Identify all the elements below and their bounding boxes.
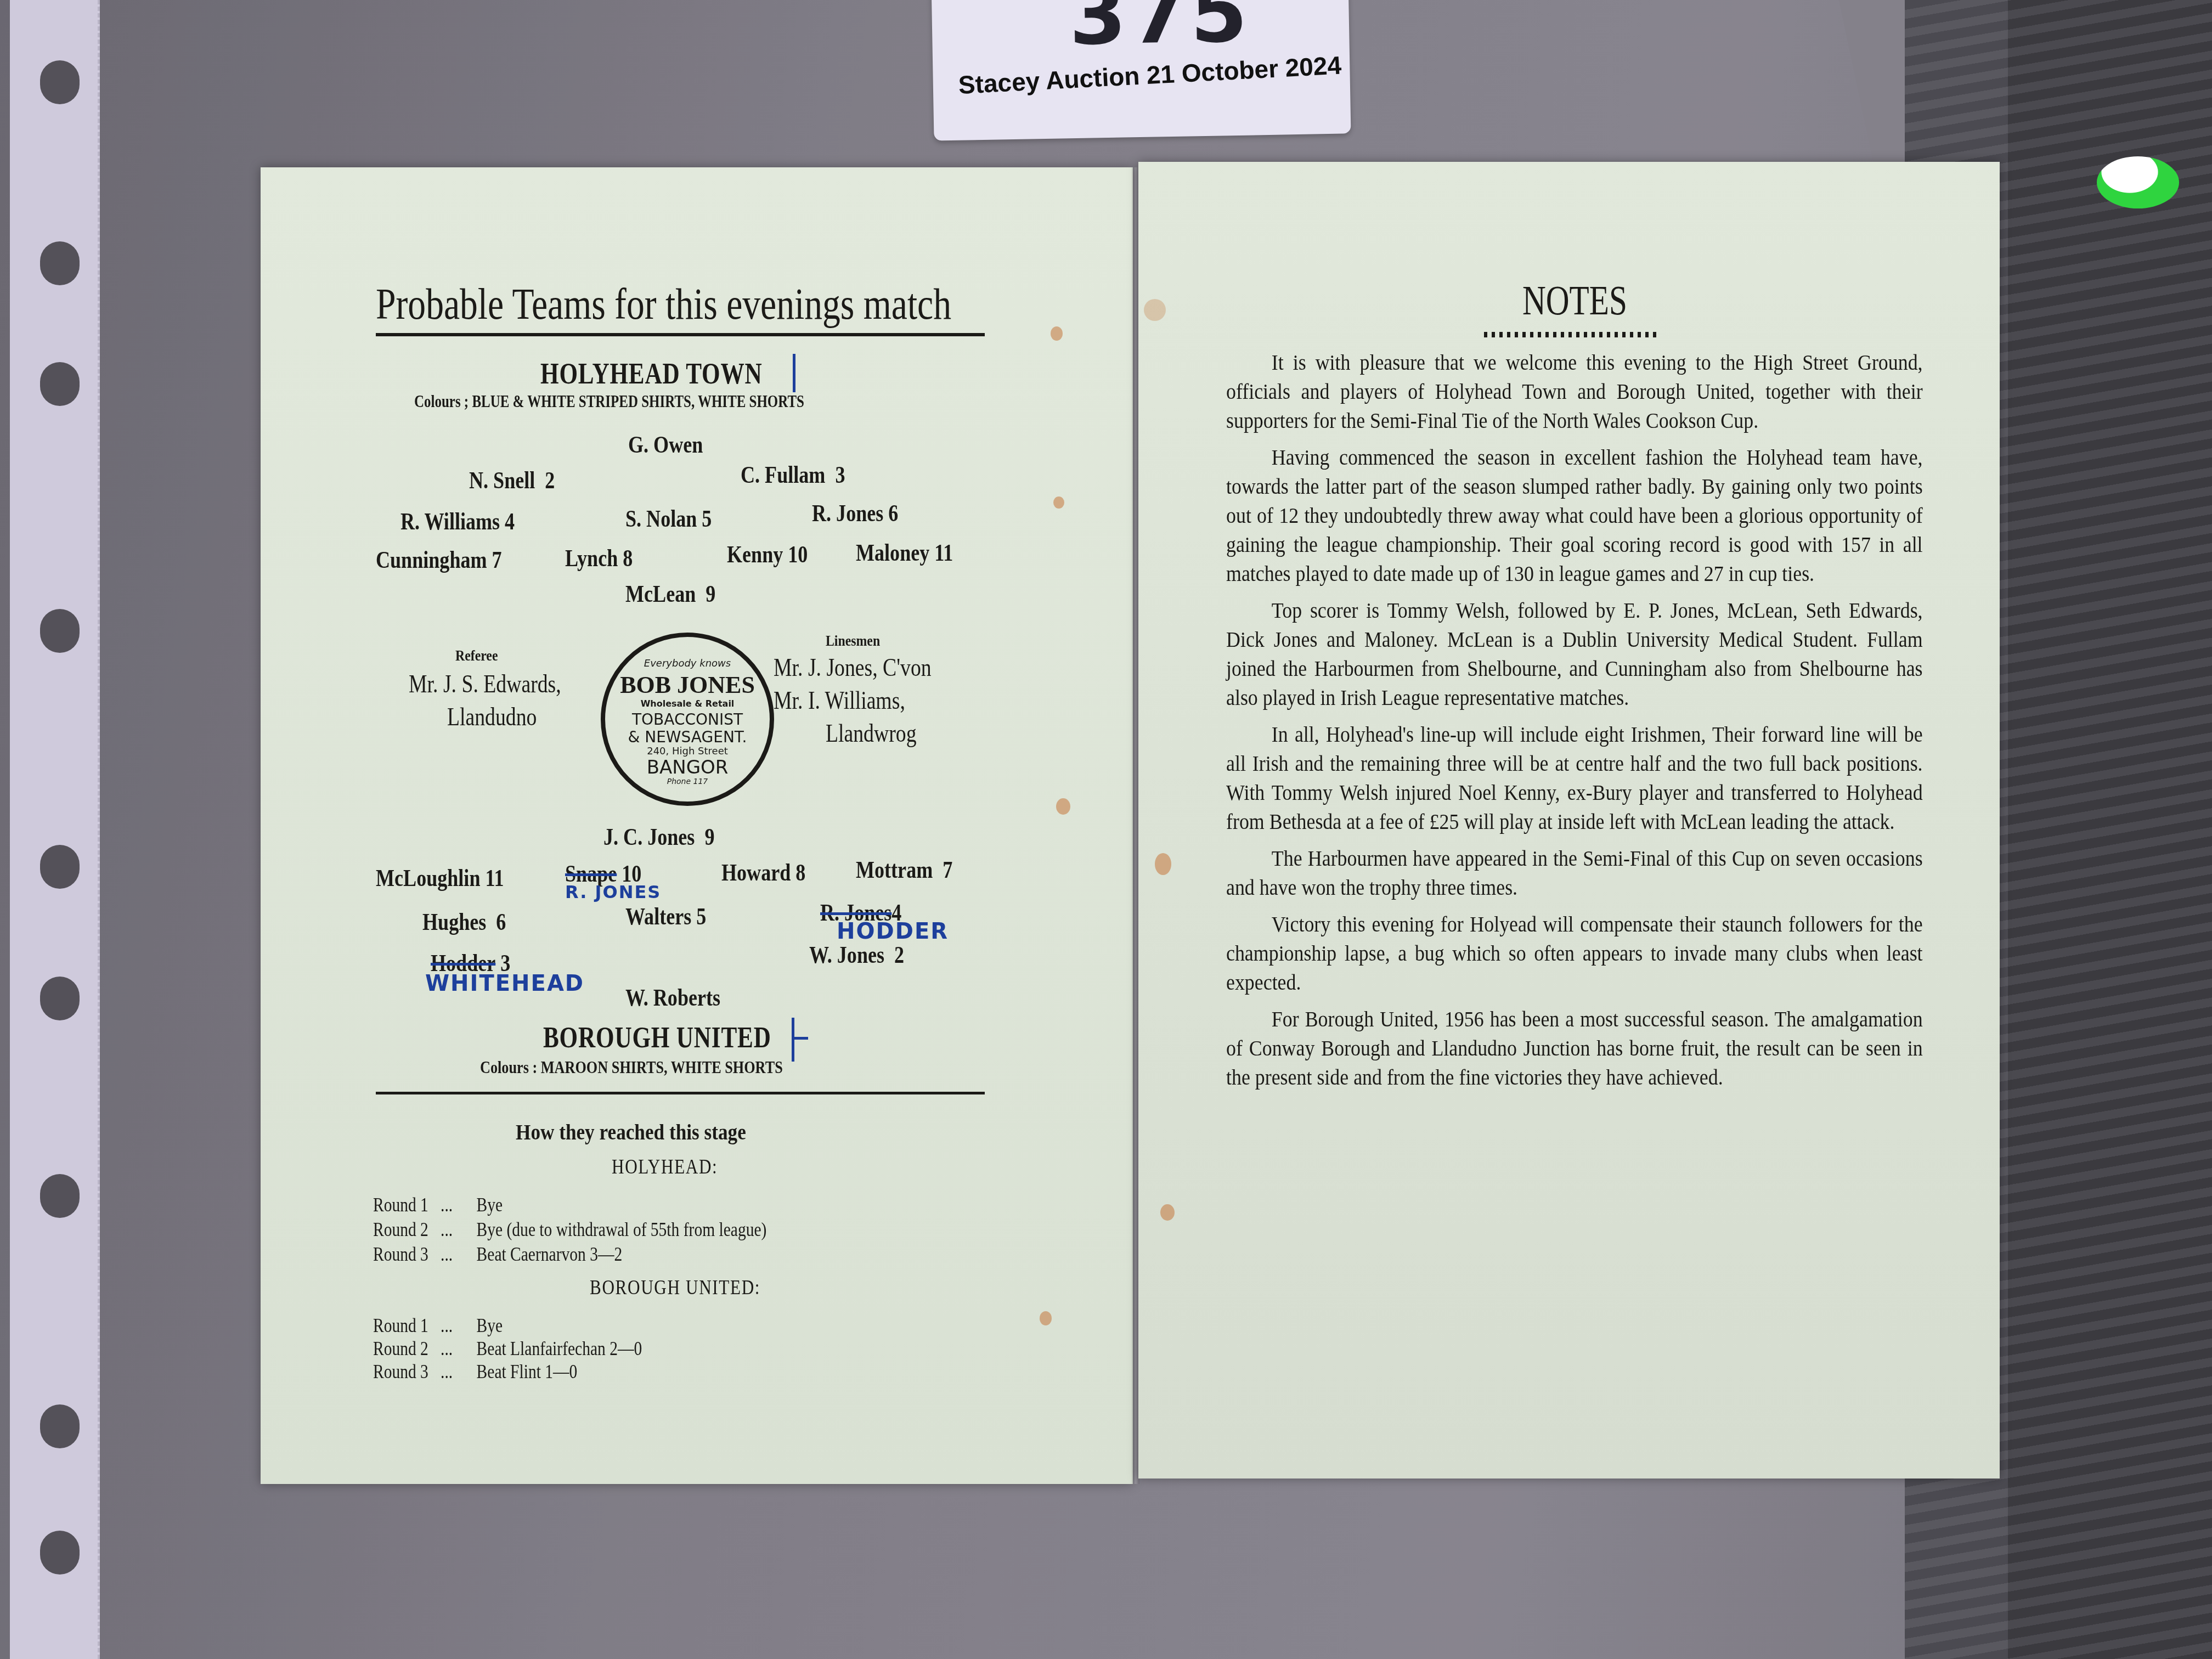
notes-paragraph: Having commenced the season in excellent… [1226, 443, 1923, 589]
notes-paragraph: It is with pleasure that we welcome this… [1226, 348, 1923, 436]
punch-hole [40, 1531, 80, 1575]
away-team-colours: Colours : MAROON SHIRTS, WHITE SHORTS [480, 1057, 783, 1077]
pen-mark [793, 354, 795, 392]
home-team-name: HOLYHEAD TOWN [540, 357, 763, 391]
rust-stain [1040, 1311, 1052, 1325]
rust-stain [1160, 1204, 1175, 1221]
linesman-2-name: Mr. I. Williams, [774, 686, 905, 715]
handwritten-correction: R. JONES [565, 882, 661, 902]
notes-body: It is with pleasure that we welcome this… [1226, 348, 1923, 1100]
player: Kenny 10 [727, 540, 808, 568]
punch-hole [40, 609, 80, 653]
notes-paragraph: Victory this evening for Holyead will co… [1226, 910, 1923, 997]
player: C. Fullam 3 [741, 461, 845, 489]
linesman-2-town: Llandwrog [826, 719, 917, 748]
round-row: Round 3...Beat Flint 1—0 [373, 1360, 577, 1383]
round-row: Round 3...Beat Caernarvon 3—2 [373, 1243, 622, 1266]
rust-stain [1056, 798, 1070, 815]
advert-line3: & NEWSAGENT. [605, 728, 770, 746]
player: W. Jones 2 [809, 941, 904, 969]
round-row: Round 2...Bye (due to withdrawal of 55th… [373, 1218, 766, 1241]
advert-line2: TOBACCONIST [605, 710, 770, 729]
player: Cunningham 7 [376, 546, 502, 574]
player: Maloney 11 [856, 539, 953, 567]
handwritten-correction: WHITEHEAD [425, 971, 584, 996]
player: J. C. Jones 9 [603, 823, 714, 851]
auction-tag: 375 Stacey Auction 21 October 2024 [932, 0, 1351, 141]
player: Lynch 8 [565, 544, 633, 572]
advert-line1: Wholesale & Retail [605, 698, 770, 709]
bob-jones-advert: Everybody knows BOB JONES Wholesale & Re… [601, 633, 774, 806]
pen-mark [792, 1037, 808, 1040]
referee-label: Referee [455, 647, 498, 665]
punch-hole [40, 1174, 80, 1218]
title-rule [376, 333, 985, 336]
right-page: NOTES It is with pleasure that we welcom… [1138, 162, 2000, 1479]
stage-heading: How they reached this stage [516, 1119, 746, 1145]
pen-mark [792, 1018, 794, 1062]
binder-strip [10, 0, 100, 1659]
player: S. Nolan 5 [625, 505, 712, 533]
round-row: Round 1...Bye [373, 1314, 503, 1337]
player: McLoughlin 11 [376, 864, 504, 892]
stage-team-borough: BOROUGH UNITED: [590, 1276, 760, 1300]
ornament-divider [1484, 332, 1660, 337]
player: McLean 9 [625, 580, 715, 608]
notes-title: NOTES [1522, 277, 1627, 325]
player: G. Owen [628, 431, 703, 459]
round-row: Round 1...Bye [373, 1193, 503, 1216]
punch-hole [40, 977, 80, 1020]
linesmen-label: Linesmen [826, 633, 880, 650]
referee-town: Llandudno [447, 702, 537, 731]
rust-stain [1053, 496, 1064, 509]
rust-stain [1051, 326, 1063, 341]
left-page: Probable Teams for this evenings match H… [261, 167, 1133, 1484]
away-team-name: BOROUGH UNITED [543, 1020, 771, 1054]
stage-team-holyhead: HOLYHEAD: [612, 1155, 718, 1179]
punch-hole [40, 845, 80, 889]
notes-paragraph: Top scorer is Tommy Welsh, followed by E… [1226, 596, 1923, 713]
player: Hughes 6 [422, 908, 506, 936]
player: W. Roberts [625, 984, 720, 1012]
advert-phone: Phone 117 [605, 777, 770, 786]
player: Mottram 7 [856, 856, 952, 884]
toy-ball [2097, 156, 2179, 208]
section-rule [376, 1092, 985, 1094]
page-title: Probable Teams for this evenings match [376, 280, 951, 330]
advert-name: BOB JONES [605, 671, 770, 699]
punch-hole [40, 241, 80, 285]
round-row: Round 2...Beat Llanfairfechan 2—0 [373, 1337, 642, 1360]
notes-paragraph: In all, Holyhead's line-up will include … [1226, 720, 1923, 837]
rust-stain [1155, 853, 1171, 875]
programme-sheet: Probable Teams for this evenings match H… [261, 167, 2000, 1484]
rust-stain [1144, 299, 1166, 321]
advert-tagline: Everybody knows [605, 658, 770, 669]
linesman-1: Mr. J. Jones, C'von [774, 653, 932, 682]
home-team-colours: Colours ; BLUE & WHITE STRIPED SHIRTS, W… [414, 391, 804, 411]
player: R. Jones 6 [812, 499, 898, 527]
player: R. Williams 4 [400, 507, 515, 535]
referee-name: Mr. J. S. Edwards, [409, 669, 561, 698]
punch-hole [40, 362, 80, 406]
player: Walters 5 [625, 902, 706, 930]
punch-hole [40, 1404, 80, 1448]
player: N. Snell 2 [469, 466, 555, 494]
punch-hole [40, 60, 80, 104]
lot-number: 375 [1068, 0, 1251, 64]
advert-town: BANGOR [605, 757, 770, 778]
advert-address: 240, High Street [605, 746, 770, 757]
notes-paragraph: The Harbourmen have appeared in the Semi… [1226, 844, 1923, 902]
player: Howard 8 [721, 859, 805, 887]
notes-paragraph: For Borough United, 1956 has been a most… [1226, 1005, 1923, 1092]
